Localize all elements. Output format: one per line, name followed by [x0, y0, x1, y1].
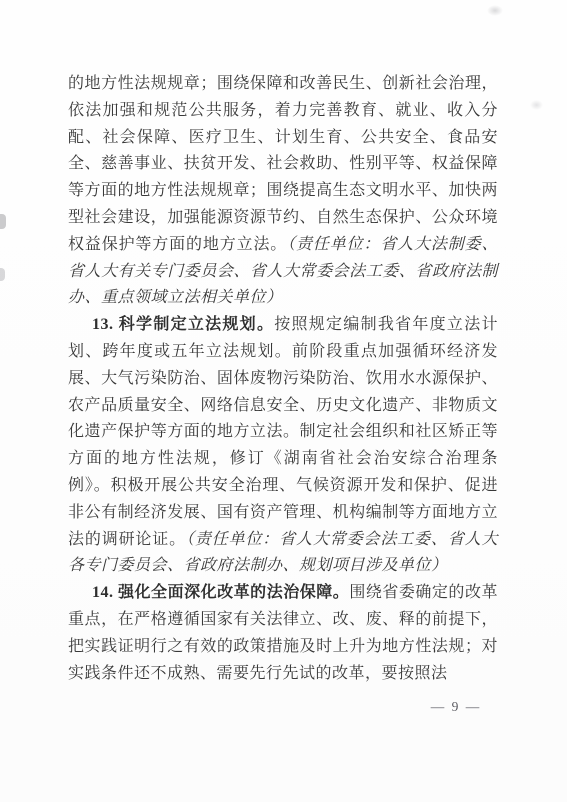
- item-14-heading: 14. 强化全面深化改革的法治保障。: [92, 584, 349, 601]
- scan-artifact: [530, 100, 543, 110]
- paragraph-continuation: 的地方性法规规章；围绕保障和改善民生、创新社会治理，依法加强和规范公共服务，着力…: [68, 71, 498, 312]
- item-13-heading: 13. 科学制定立法规划。: [92, 316, 274, 333]
- paragraph-item-13: 13. 科学制定立法规划。按照规定编制我省年度立法计划、跨年度或五年立法规划。前…: [68, 312, 498, 580]
- scan-artifact: [0, 214, 6, 229]
- body-text: 的地方性法规规章；围绕保障和改善民生、创新社会治理，依法加强和规范公共服务，着力…: [68, 75, 498, 253]
- scan-artifact: [0, 268, 5, 281]
- scanned-document-page: 的地方性法规规章；围绕保障和改善民生、创新社会治理，依法加强和规范公共服务，着力…: [0, 0, 567, 802]
- document-body: 的地方性法规规章；围绕保障和改善民生、创新社会治理，依法加强和规范公共服务，着力…: [68, 71, 498, 687]
- paragraph-item-14: 14. 强化全面深化改革的法治保障。围绕省委确定的改革重点，在严格遵循国家有关法…: [68, 580, 498, 687]
- body-text: 按照规定编制我省年度立法计划、跨年度或五年立法规划。前阶段重点加强循环经济发展、…: [68, 316, 498, 547]
- scan-artifact: [487, 5, 503, 16]
- page-number: — 9 —: [416, 699, 496, 715]
